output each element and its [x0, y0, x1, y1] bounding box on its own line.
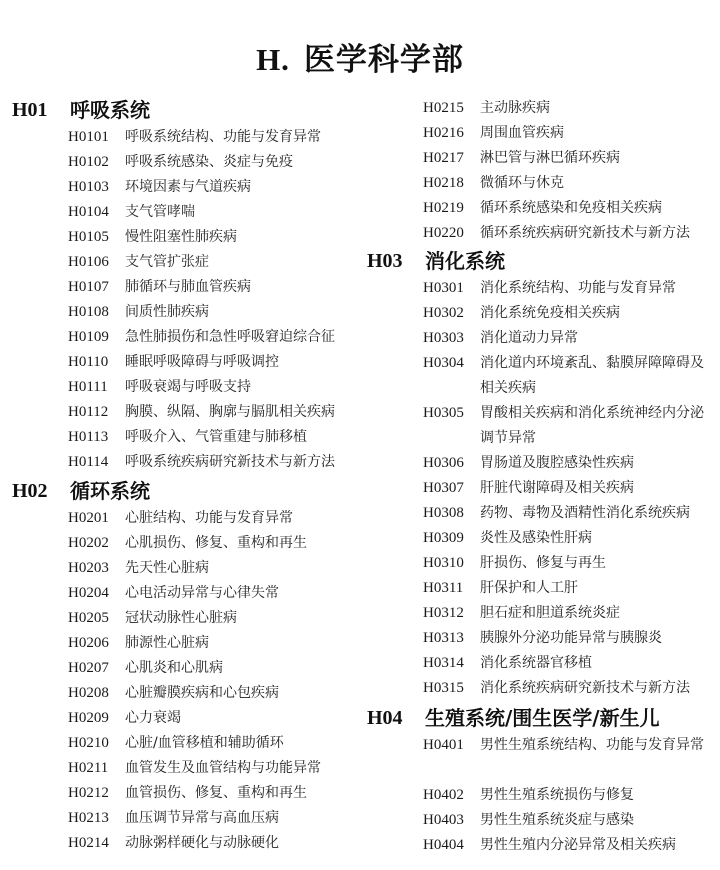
item-label: 周围血管疾病 — [480, 121, 710, 146]
item-label: 血管发生及血管结构与功能异常 — [125, 756, 355, 781]
list-item: H0204心电活动异常与心律失常 — [68, 581, 363, 606]
item-label: 药物、毒物及酒精性消化系统疾病 — [480, 501, 710, 526]
list-item: H0211血管发生及血管结构与功能异常 — [68, 756, 363, 781]
list-item: H0218微循环与休克 — [423, 171, 718, 196]
list-item: H0311肝保护和人工肝 — [423, 576, 718, 601]
list-item: H0110睡眠呼吸障碍与呼吸调控 — [68, 350, 363, 375]
section-code: H03 — [367, 248, 403, 274]
list-item: H0106支气管扩张症 — [68, 250, 363, 275]
item-code: H0208 — [68, 681, 109, 706]
item-label: 支气管哮喘 — [125, 200, 355, 225]
item-code: H0111 — [68, 375, 108, 400]
item-label: 呼吸系统感染、炎症与免疫 — [125, 150, 355, 175]
item-label: 慢性阻塞性肺疾病 — [125, 225, 355, 250]
item-code: H0209 — [68, 706, 109, 731]
item-label: 胸膜、纵隔、胸廓与膈肌相关疾病 — [125, 400, 355, 425]
item-code: H0204 — [68, 581, 109, 606]
item-code: H0203 — [68, 556, 109, 581]
item-code: H0312 — [423, 601, 464, 626]
item-label: 动脉粥样硬化与动脉硬化 — [125, 831, 355, 856]
list-item: H0201心脏结构、功能与发育异常 — [68, 506, 363, 531]
list-item: H0214动脉粥样硬化与动脉硬化 — [68, 831, 363, 856]
list-item: H0303消化道动力异常 — [423, 326, 718, 351]
item-label: 胃酸相关疾病和消化系统神经内分泌调节异常 — [480, 401, 710, 451]
item-label: 心肌炎和心肌病 — [125, 656, 355, 681]
list-item: H0315消化系统疾病研究新技术与新方法 — [423, 676, 718, 701]
list-item: H0101呼吸系统结构、功能与发育异常 — [68, 125, 363, 150]
section-label: 生殖系统/围生医学/新生儿 — [425, 705, 660, 731]
item-code: H0306 — [423, 451, 464, 476]
item-label: 血压调节异常与高血压病 — [125, 806, 355, 831]
section-heading-h01: H01呼吸系统 — [12, 97, 352, 123]
list-item: H0314消化系统器官移植 — [423, 651, 718, 676]
item-code: H0210 — [68, 731, 109, 756]
list-item: H0304消化道内环境紊乱、黏膜屏障障碍及相关疾病 — [423, 351, 718, 401]
item-label: 淋巴管与淋巴循环疾病 — [480, 146, 710, 171]
item-code: H0220 — [423, 221, 464, 246]
item-code: H0206 — [68, 631, 109, 656]
item-label: 肝损伤、修复与再生 — [480, 551, 710, 576]
section-label: 消化系统 — [425, 248, 505, 274]
item-label: 肺源性心脏病 — [125, 631, 355, 656]
item-label: 睡眠呼吸障碍与呼吸调控 — [125, 350, 355, 375]
item-label: 胰腺外分泌功能异常与胰腺炎 — [480, 626, 710, 651]
item-label: 呼吸系统结构、功能与发育异常 — [125, 125, 355, 150]
list-item: H0213血压调节异常与高血压病 — [68, 806, 363, 831]
list-item: H0209心力衰竭 — [68, 706, 363, 731]
item-label: 呼吸衰竭与呼吸支持 — [125, 375, 355, 400]
list-item: H0105慢性阻塞性肺疾病 — [68, 225, 363, 250]
item-code: H0109 — [68, 325, 109, 350]
item-code: H0213 — [68, 806, 109, 831]
item-label: 循环系统疾病研究新技术与新方法 — [480, 221, 710, 246]
item-label: 呼吸介入、气管重建与肺移植 — [125, 425, 355, 450]
item-code: H0217 — [423, 146, 464, 171]
item-label: 循环系统感染和免疫相关疾病 — [480, 196, 710, 221]
item-code: H0305 — [423, 401, 464, 426]
item-label: 急性肺损伤和急性呼吸窘迫综合征 — [125, 325, 355, 350]
item-code: H0215 — [423, 96, 464, 121]
list-item: H0307肝脏代谢障碍及相关疾病 — [423, 476, 718, 501]
item-code: H0216 — [423, 121, 464, 146]
item-label: 肺循环与肺血管疾病 — [125, 275, 355, 300]
list-item: H0113呼吸介入、气管重建与肺移植 — [68, 425, 363, 450]
item-code: H0205 — [68, 606, 109, 631]
list-item: H0203先天性心脏病 — [68, 556, 363, 581]
item-label: 消化系统疾病研究新技术与新方法 — [480, 676, 710, 701]
item-code: H0401 — [423, 733, 464, 758]
list-item: H0313胰腺外分泌功能异常与胰腺炎 — [423, 626, 718, 651]
item-code: H0307 — [423, 476, 464, 501]
list-item: H0217淋巴管与淋巴循环疾病 — [423, 146, 718, 171]
item-label: 男性生殖系统炎症与感染 — [480, 808, 710, 833]
item-code: H0302 — [423, 301, 464, 326]
list-item: H0212血管损伤、修复、重构和再生 — [68, 781, 363, 806]
item-label: 间质性肺疾病 — [125, 300, 355, 325]
item-code: H0207 — [68, 656, 109, 681]
item-label: 胆石症和胆道系统炎症 — [480, 601, 710, 626]
list-item: H0219循环系统感染和免疫相关疾病 — [423, 196, 718, 221]
item-code: H0104 — [68, 200, 109, 225]
page-title: H.医学科学部 — [0, 34, 720, 79]
item-code: H0219 — [423, 196, 464, 221]
item-label: 呼吸系统疾病研究新技术与新方法 — [125, 450, 355, 475]
item-label: 心力衰竭 — [125, 706, 355, 731]
list-item: H0312胆石症和胆道系统炎症 — [423, 601, 718, 626]
item-code: H0101 — [68, 125, 109, 150]
item-label: 心肌损伤、修复、重构和再生 — [125, 531, 355, 556]
item-code: H0313 — [423, 626, 464, 651]
list-item: H0301消化系统结构、功能与发育异常 — [423, 276, 718, 301]
item-label: 胃肠道及腹腔感染性疾病 — [480, 451, 710, 476]
item-label: 消化系统结构、功能与发育异常 — [480, 276, 710, 301]
item-label: 消化系统器官移植 — [480, 651, 710, 676]
list-item: H0402男性生殖系统损伤与修复 — [423, 783, 718, 808]
list-item: H0202心肌损伤、修复、重构和再生 — [68, 531, 363, 556]
item-code: H0107 — [68, 275, 109, 300]
item-label: 男性生殖内分泌异常及相关疾病 — [480, 833, 710, 858]
item-label: 冠状动脉性心脏病 — [125, 606, 355, 631]
list-item: H0302消化系统免疫相关疾病 — [423, 301, 718, 326]
item-code: H0310 — [423, 551, 464, 576]
title-label: 医学科学部 — [304, 42, 464, 78]
list-item: H0102呼吸系统感染、炎症与免疫 — [68, 150, 363, 175]
item-code: H0103 — [68, 175, 109, 200]
list-item: H0111呼吸衰竭与呼吸支持 — [68, 375, 363, 400]
list-item: H0109急性肺损伤和急性呼吸窘迫综合征 — [68, 325, 363, 350]
item-code: H0214 — [68, 831, 109, 856]
item-label: 消化系统免疫相关疾病 — [480, 301, 710, 326]
item-label: 主动脉疾病 — [480, 96, 710, 121]
item-label: 肝保护和人工肝 — [480, 576, 710, 601]
item-label: 肝脏代谢障碍及相关疾病 — [480, 476, 710, 501]
item-label: 消化道动力异常 — [480, 326, 710, 351]
list-item: H0309炎性及感染性肝病 — [423, 526, 718, 551]
item-code: H0404 — [423, 833, 464, 858]
item-code: H0309 — [423, 526, 464, 551]
item-code: H0114 — [68, 450, 108, 475]
list-item: H0404男性生殖内分泌异常及相关疾病 — [423, 833, 718, 858]
section-code: H02 — [12, 478, 48, 504]
item-code: H0308 — [423, 501, 464, 526]
item-code: H0106 — [68, 250, 109, 275]
item-label: 血管损伤、修复、重构和再生 — [125, 781, 355, 806]
item-label: 心脏瓣膜疾病和心包疾病 — [125, 681, 355, 706]
item-label: 心脏/血管移植和辅助循环 — [125, 731, 355, 756]
list-item: H0215主动脉疾病 — [423, 96, 718, 121]
section-label: 呼吸系统 — [70, 97, 150, 123]
item-label: 男性生殖系统损伤与修复 — [480, 783, 710, 808]
list-item: H0114呼吸系统疾病研究新技术与新方法 — [68, 450, 363, 475]
section-heading-h04: H04生殖系统/围生医学/新生儿 — [367, 705, 707, 731]
item-label: 支气管扩张症 — [125, 250, 355, 275]
list-item: H0216周围血管疾病 — [423, 121, 718, 146]
item-code: H0311 — [423, 576, 463, 601]
section-heading-h02: H02循环系统 — [12, 478, 352, 504]
list-item: H0112胸膜、纵隔、胸廓与膈肌相关疾病 — [68, 400, 363, 425]
list-item: H0310肝损伤、修复与再生 — [423, 551, 718, 576]
item-code: H0110 — [68, 350, 108, 375]
item-label: 微循环与休克 — [480, 171, 710, 196]
list-item: H0108间质性肺疾病 — [68, 300, 363, 325]
item-code: H0315 — [423, 676, 464, 701]
list-item: H0103环境因素与气道疾病 — [68, 175, 363, 200]
list-item: H0207心肌炎和心肌病 — [68, 656, 363, 681]
list-item: H0401男性生殖系统结构、功能与发育异常 — [423, 733, 718, 783]
list-item: H0305胃酸相关疾病和消化系统神经内分泌调节异常 — [423, 401, 718, 451]
list-item: H0107肺循环与肺血管疾病 — [68, 275, 363, 300]
section-code: H04 — [367, 705, 403, 731]
item-code: H0108 — [68, 300, 109, 325]
item-label: 先天性心脏病 — [125, 556, 355, 581]
item-code: H0102 — [68, 150, 109, 175]
item-label: 消化道内环境紊乱、黏膜屏障障碍及相关疾病 — [480, 351, 710, 401]
item-code: H0212 — [68, 781, 109, 806]
item-code: H0301 — [423, 276, 464, 301]
item-code: H0304 — [423, 351, 464, 376]
item-label: 炎性及感染性肝病 — [480, 526, 710, 551]
list-item: H0205冠状动脉性心脏病 — [68, 606, 363, 631]
item-code: H0105 — [68, 225, 109, 250]
list-item: H0403男性生殖系统炎症与感染 — [423, 808, 718, 833]
section-label: 循环系统 — [70, 478, 150, 504]
list-item: H0208心脏瓣膜疾病和心包疾病 — [68, 681, 363, 706]
item-label: 环境因素与气道疾病 — [125, 175, 355, 200]
list-item: H0306胃肠道及腹腔感染性疾病 — [423, 451, 718, 476]
title-code: H. — [256, 42, 290, 77]
item-code: H0202 — [68, 531, 109, 556]
item-code: H0113 — [68, 425, 108, 450]
item-code: H0201 — [68, 506, 109, 531]
section-heading-h03: H03消化系统 — [367, 248, 707, 274]
list-item: H0104支气管哮喘 — [68, 200, 363, 225]
item-code: H0303 — [423, 326, 464, 351]
section-code: H01 — [12, 97, 48, 123]
item-code: H0112 — [68, 400, 108, 425]
item-code: H0211 — [68, 756, 108, 781]
item-code: H0402 — [423, 783, 464, 808]
list-item: H0210心脏/血管移植和辅助循环 — [68, 731, 363, 756]
item-code: H0403 — [423, 808, 464, 833]
item-label: 心脏结构、功能与发育异常 — [125, 506, 355, 531]
list-item: H0206肺源性心脏病 — [68, 631, 363, 656]
list-item: H0308药物、毒物及酒精性消化系统疾病 — [423, 501, 718, 526]
item-code: H0314 — [423, 651, 464, 676]
item-label: 心电活动异常与心律失常 — [125, 581, 355, 606]
list-item: H0220循环系统疾病研究新技术与新方法 — [423, 221, 718, 246]
item-label: 男性生殖系统结构、功能与发育异常 — [480, 733, 710, 758]
item-code: H0218 — [423, 171, 464, 196]
